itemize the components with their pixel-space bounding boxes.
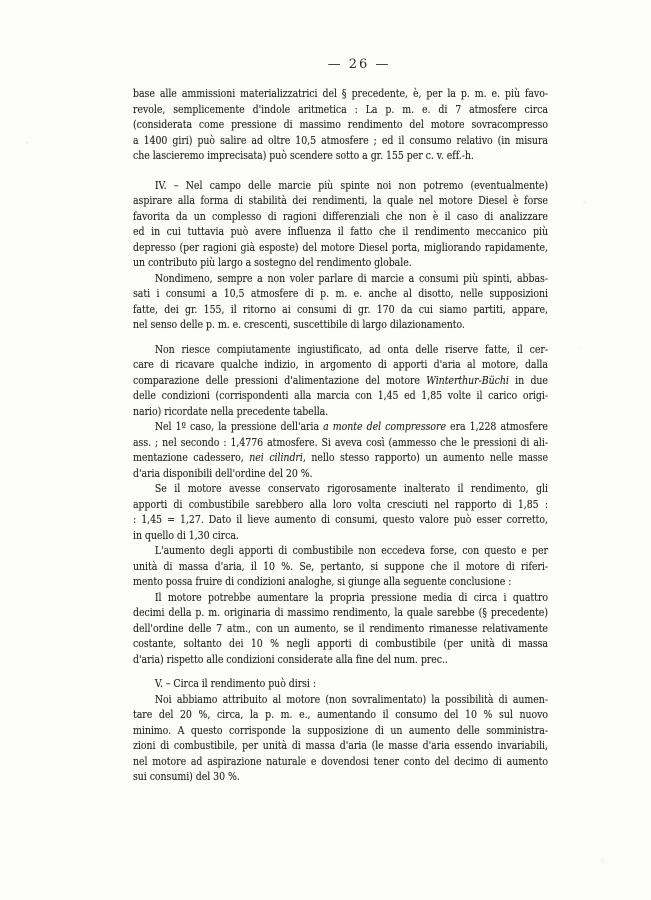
page-number: — 26 — — [133, 57, 567, 72]
text-line: Nondimeno, sempre a non voler parlare di… — [133, 271, 548, 287]
text-line: delle condizioni (corrispondenti alla ma… — [133, 388, 548, 404]
scan-speck — [600, 858, 605, 863]
para-air-supply-comparison: Non riesce compiutamente ingiustificato,… — [133, 342, 548, 420]
para-fuel-increase: L'aumento degli apporti di combustibile … — [133, 543, 548, 590]
para-conclusion-pressure: Il motore potrebbe aumentare la propria … — [133, 590, 548, 668]
text-column: base alle ammissioni materializzatrici d… — [133, 86, 548, 785]
text-line: nel senso delle p. m. e. crescenti, susc… — [133, 317, 548, 333]
scan-speck — [578, 347, 580, 349]
text-line: revole, semplicemente d'indole aritmetic… — [133, 102, 548, 118]
text-line: zioni di combustibile, per unità di mass… — [133, 738, 548, 754]
text-line: d'aria) rispetto alle condizioni conside… — [133, 652, 548, 668]
text-line: comparazione delle pressioni d'alimentaz… — [133, 373, 548, 389]
text-line: ass. ; nel secondo : 1,4776 atmosfere. S… — [133, 435, 548, 451]
para-section-4-intro: IV. – Nel campo delle marcie più spinte … — [133, 178, 548, 271]
text-line: costante, soltanto dei 10 % negli apport… — [133, 636, 548, 652]
text-line: Noi abbiamo attribuito al motore (non so… — [133, 692, 548, 708]
scan-speck — [583, 201, 586, 204]
text-line: nario) ricordate nella precedente tabell… — [133, 404, 548, 420]
text-line: sati i consumi a 10,5 atmosfere di p. m.… — [133, 286, 548, 302]
text-line: che lascieremo imprecisata) può scendere… — [133, 148, 548, 164]
text-line: Il motore potrebbe aumentare la propria … — [133, 590, 548, 606]
text-line: fatte, dei gr. 155, il ritorno ai consum… — [133, 302, 548, 318]
text-line: L'aumento degli apporti di combustibile … — [133, 543, 548, 559]
scanned-paper-page: — 26 — base alle ammissioni materializza… — [0, 0, 651, 900]
text-line: d'aria disponibili dell'ordine del 20 %. — [133, 466, 548, 482]
para-continuation: base alle ammissioni materializzatrici d… — [133, 86, 548, 164]
text-line: apporti di combustibile sarebbero alla l… — [133, 497, 548, 513]
para-section-5-heading: V. – Circa il rendimento può dirsi : — [133, 676, 548, 692]
scan-speck — [97, 244, 99, 246]
text-line: base alle ammissioni materializzatrici d… — [133, 86, 548, 102]
text-line: Se il motore avesse conservato rigorosam… — [133, 481, 548, 497]
text-line: decimi della p. m. originaria di massimo… — [133, 605, 548, 621]
para-first-second-case: Nel 1º caso, la pressione dell'aria a mo… — [133, 419, 548, 481]
para-section-5-body: Noi abbiamo attribuito al motore (non so… — [133, 692, 548, 785]
text-line: sui consumi) del 30 %. — [133, 769, 548, 785]
text-line: Nel 1º caso, la pressione dell'aria a mo… — [133, 419, 548, 435]
text-line: care di ricavare qualche indizio, in arg… — [133, 357, 548, 373]
text-line: mento possa fruire di condizioni analogh… — [133, 574, 548, 590]
para-fuel-ratio: Se il motore avesse conservato rigorosam… — [133, 481, 548, 543]
text-line: favorita da un complesso di ragioni diff… — [133, 209, 548, 225]
text-line: mentazione cadessero, nei cilindri, nell… — [133, 450, 548, 466]
text-line: : 1,45 = 1,27. Dato il lieve aumento di … — [133, 512, 548, 528]
para-nondimeno: Nondimeno, sempre a non voler parlare di… — [133, 271, 548, 333]
text-line: a 1400 giri) può salire ad oltre 10,5 at… — [133, 133, 548, 149]
scan-speck — [26, 141, 29, 144]
text-line: IV. – Nel campo delle marcie più spinte … — [133, 178, 548, 194]
text-line: dell'ordine delle 7 atm., con un aumento… — [133, 621, 548, 637]
scan-speck — [335, 657, 337, 659]
text-line: Non riesce compiutamente ingiustificato,… — [133, 342, 548, 358]
text-line: aspirare alla forma di stabilità dei ren… — [133, 193, 548, 209]
text-line: unità di massa d'aria, il 10 %. Se, pert… — [133, 559, 548, 575]
text-line: (considerata come pressione di massimo r… — [133, 117, 548, 133]
text-line: depresso (per ragioni già esposte) del m… — [133, 240, 548, 256]
text-line: nel motore ad aspirazione naturale e dov… — [133, 754, 548, 770]
text-line: ed in cui tuttavia può avere influenza i… — [133, 224, 548, 240]
text-line: un contributo più largo a sostegno del r… — [133, 255, 548, 271]
text-line: minimo. A questo corrisponde la supposiz… — [133, 723, 548, 739]
text-line: tare del 20 %, circa, la p. m. e., aumen… — [133, 707, 548, 723]
text-line: in quello di 1,30 circa. — [133, 528, 548, 544]
text-line: V. – Circa il rendimento può dirsi : — [133, 676, 548, 692]
